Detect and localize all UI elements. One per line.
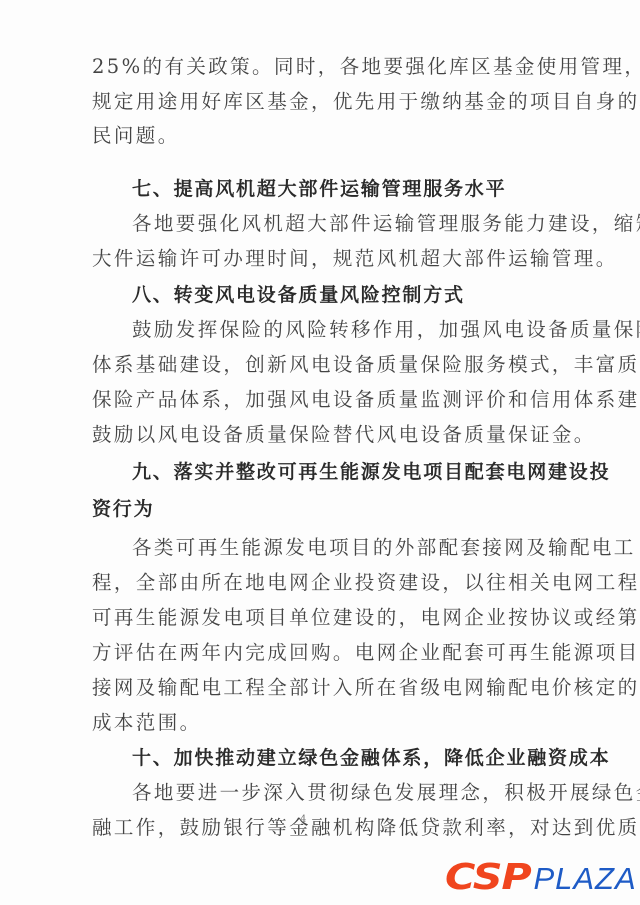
section-heading-9-cont: 资行为	[92, 494, 524, 524]
section-heading-10: 十、加快推动建立绿色金融体系，降低企业融资成本	[132, 743, 524, 773]
body-line: 融工作，鼓励银行等金融机构降低贷款利率，对达到优质信	[92, 813, 524, 843]
section-heading-9: 九、落实并整改可再生能源发电项目配套电网建设投	[132, 457, 524, 487]
csp-plaza-watermark-logo: CSPPLAZA	[445, 858, 637, 898]
body-line: 民问题。	[92, 121, 524, 151]
page-number: 4	[300, 814, 306, 825]
section-heading-7: 七、提高风机超大部件运输管理服务水平	[132, 174, 524, 204]
body-line: 方评估在两年内完成回购。电网企业配套可再生能源项目的	[92, 638, 524, 668]
body-line: 体系基础建设，创新风电设备质量保险服务模式，丰富质量	[92, 350, 524, 380]
body-line: 鼓励发挥保险的风险转移作用，加强风电设备质量保险	[132, 315, 524, 345]
logo-csp-text: CSP	[445, 858, 531, 898]
body-line: 各地要强化风机超大部件运输管理服务能力建设，缩短	[132, 209, 524, 239]
body-line: 接网及输配电工程全部计入所在省级电网输配电价核定的	[92, 673, 524, 703]
document-page: 25%的有关政策。同时，各地要强化库区基金使用管理，按 规定用途用好库区基金，优…	[0, 0, 640, 905]
body-line: 各类可再生能源发电项目的外部配套接网及输配电工	[132, 533, 524, 563]
body-line: 保险产品体系，加强风电设备质量监测评价和信用体系建设，	[92, 385, 524, 415]
body-line: 成本范围。	[92, 708, 524, 738]
body-line: 各地要进一步深入贯彻绿色发展理念，积极开展绿色金	[132, 778, 524, 808]
body-line: 可再生能源发电项目单位建设的，电网企业按协议或经第三	[92, 603, 524, 633]
body-line: 程，全部由所在地电网企业投资建设，以往相关电网工程由	[92, 568, 524, 598]
body-line: 大件运输许可办理时间，规范风机超大部件运输管理。	[92, 244, 524, 274]
section-heading-8: 八、转变风电设备质量风险控制方式	[132, 280, 524, 310]
body-line: 鼓励以风电设备质量保险替代风电设备质量保证金。	[92, 420, 524, 450]
logo-plaza-text: PLAZA	[533, 859, 636, 899]
body-line: 25%的有关政策。同时，各地要强化库区基金使用管理，按	[92, 52, 524, 82]
body-line: 规定用途用好库区基金，优先用于缴纳基金的项目自身的移	[92, 87, 524, 117]
